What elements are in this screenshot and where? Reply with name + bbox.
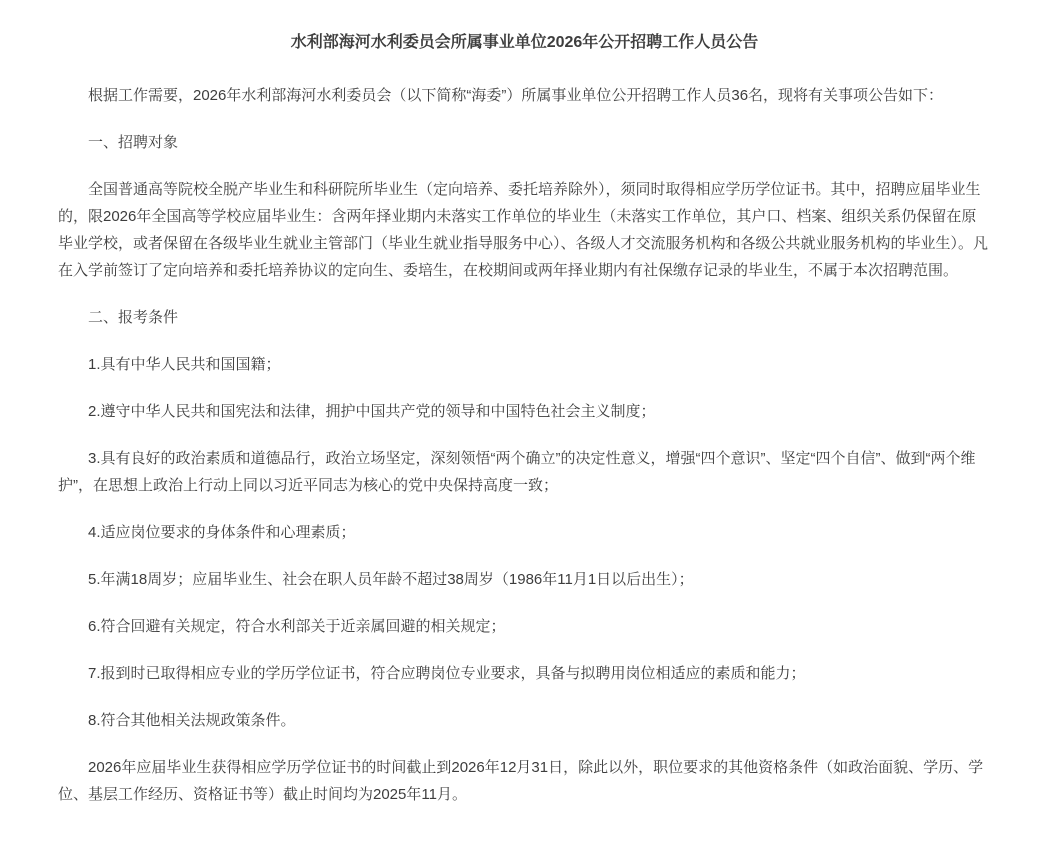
condition-item-4: 4.适应岗位要求的身体条件和心理素质； (58, 519, 991, 546)
announcement-document: 水利部海河水利委员会所属事业单位2026年公开招聘工作人员公告 根据工作需要，2… (0, 0, 1049, 846)
condition-item-5: 5.年满18周岁；应届毕业生、社会在职人员年龄不超过38周岁（1986年11月1… (58, 566, 991, 593)
condition-item-1: 1.具有中华人民共和国国籍； (58, 351, 991, 378)
section-heading-recruitment-target: 一、招聘对象 (58, 129, 991, 156)
condition-item-8: 8.符合其他相关法规政策条件。 (58, 707, 991, 734)
condition-item-2: 2.遵守中华人民共和国宪法和法律，拥护中国共产党的领导和中国特色社会主义制度； (58, 398, 991, 425)
page-title: 水利部海河水利委员会所属事业单位2026年公开招聘工作人员公告 (58, 30, 991, 56)
section-heading-application-conditions: 二、报考条件 (58, 304, 991, 331)
recruitment-target-paragraph: 全国普通高等院校全脱产毕业生和科研院所毕业生（定向培养、委托培养除外），须同时取… (58, 176, 991, 284)
condition-item-6: 6.符合回避有关规定，符合水利部关于近亲属回避的相关规定； (58, 613, 991, 640)
deadline-paragraph: 2026年应届毕业生获得相应学历学位证书的时间截止到2026年12月31日，除此… (58, 754, 991, 808)
intro-paragraph: 根据工作需要，2026年水利部海河水利委员会（以下简称“海委”）所属事业单位公开… (58, 82, 991, 109)
condition-item-7: 7.报到时已取得相应专业的学历学位证书，符合应聘岗位专业要求，具备与拟聘用岗位相… (58, 660, 991, 687)
condition-item-3: 3.具有良好的政治素质和道德品行，政治立场坚定，深刻领悟“两个确立”的决定性意义… (58, 445, 991, 499)
